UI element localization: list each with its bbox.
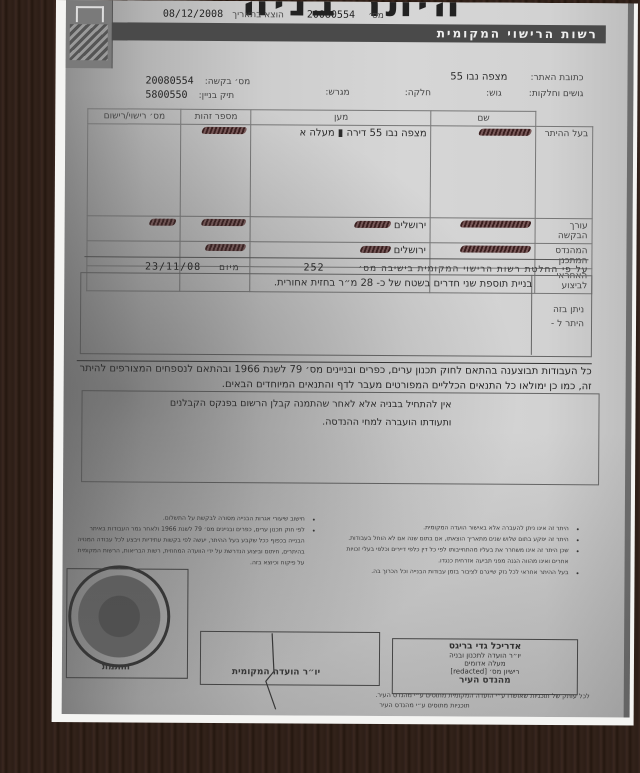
special-conditions: אין להתחיל בבניה אלא לאחר שהתמנה קבלן הר… — [170, 395, 452, 433]
general-notes-left: חישוב שיעורי אגרות הבנייה מסורה לבקשת על… — [77, 512, 317, 568]
table-row: עורך הבקשה ירושלים — [87, 216, 592, 244]
party-id — [180, 124, 251, 216]
col-id: מספר זהות — [181, 109, 251, 124]
authority-band: רשות הרישוי המקומית — [112, 22, 606, 43]
page-edge-bar — [624, 3, 634, 717]
party-id — [180, 216, 250, 241]
seal-label: חותמת — [102, 662, 130, 672]
party-address: ירושלים — [250, 217, 430, 243]
issue-date: הוצא בתאריך 08/12/2008 — [163, 9, 284, 21]
col-address: מען — [251, 110, 431, 126]
general-notes-right: היתר זה אינו ניתן להעברה אלא באישור הועד… — [330, 522, 580, 579]
parcels-line: גושים וחלקות: גוש: חלקה: מגרש: — [325, 80, 583, 101]
row-label: בעל ההיתר — [535, 126, 593, 218]
row-label: עורך הבקשה — [535, 218, 592, 243]
party-address: מצפה נבו 55 דירה ▮ מעלה א — [250, 125, 431, 218]
law-text: כל העבודות תבוצענה בהתאם לחוק תכנון ערים… — [77, 360, 592, 394]
municipal-emblem-icon — [66, 0, 113, 68]
decision-date: 23/11/08 — [145, 262, 201, 273]
building-permit-document: היתר בניה מס׳ 20080554 הוצא בתאריך 08/12… — [62, 0, 634, 717]
footer-note: לכל עותק של תוכניות שאושרו ע״י הועדה המק… — [375, 690, 590, 711]
permit-label: ניתן בזה היתר ל - — [551, 303, 584, 331]
engineer-stamp-box: אדריכל גדי בריגס יו״ר הועדה לתכנון ובניה… — [392, 638, 578, 695]
col-license: מס׳ רישוי/רישום — [88, 109, 181, 125]
party-license — [87, 216, 180, 242]
paper-sheet: היתר בניה מס׳ 20080554 הוצא בתאריך 08/12… — [52, 0, 638, 726]
chairman-label: יו״ר הועדה המקומית — [232, 667, 320, 678]
permit-number: מס׳ 20080554 — [307, 10, 384, 21]
col-name: שם — [431, 111, 536, 127]
building-file: תיק בניין: 5800550 — [145, 83, 234, 103]
permit-description: בניית תוספת שני חדרים בשטח של כ- 28 מ״ר … — [274, 277, 532, 290]
party-license — [87, 124, 181, 217]
party-name — [431, 126, 536, 219]
meeting-number: 252 — [303, 263, 324, 274]
table-row: בעל ההיתר מצפה נבו 55 דירה ▮ מעלה א — [87, 124, 593, 219]
party-name — [430, 218, 535, 244]
